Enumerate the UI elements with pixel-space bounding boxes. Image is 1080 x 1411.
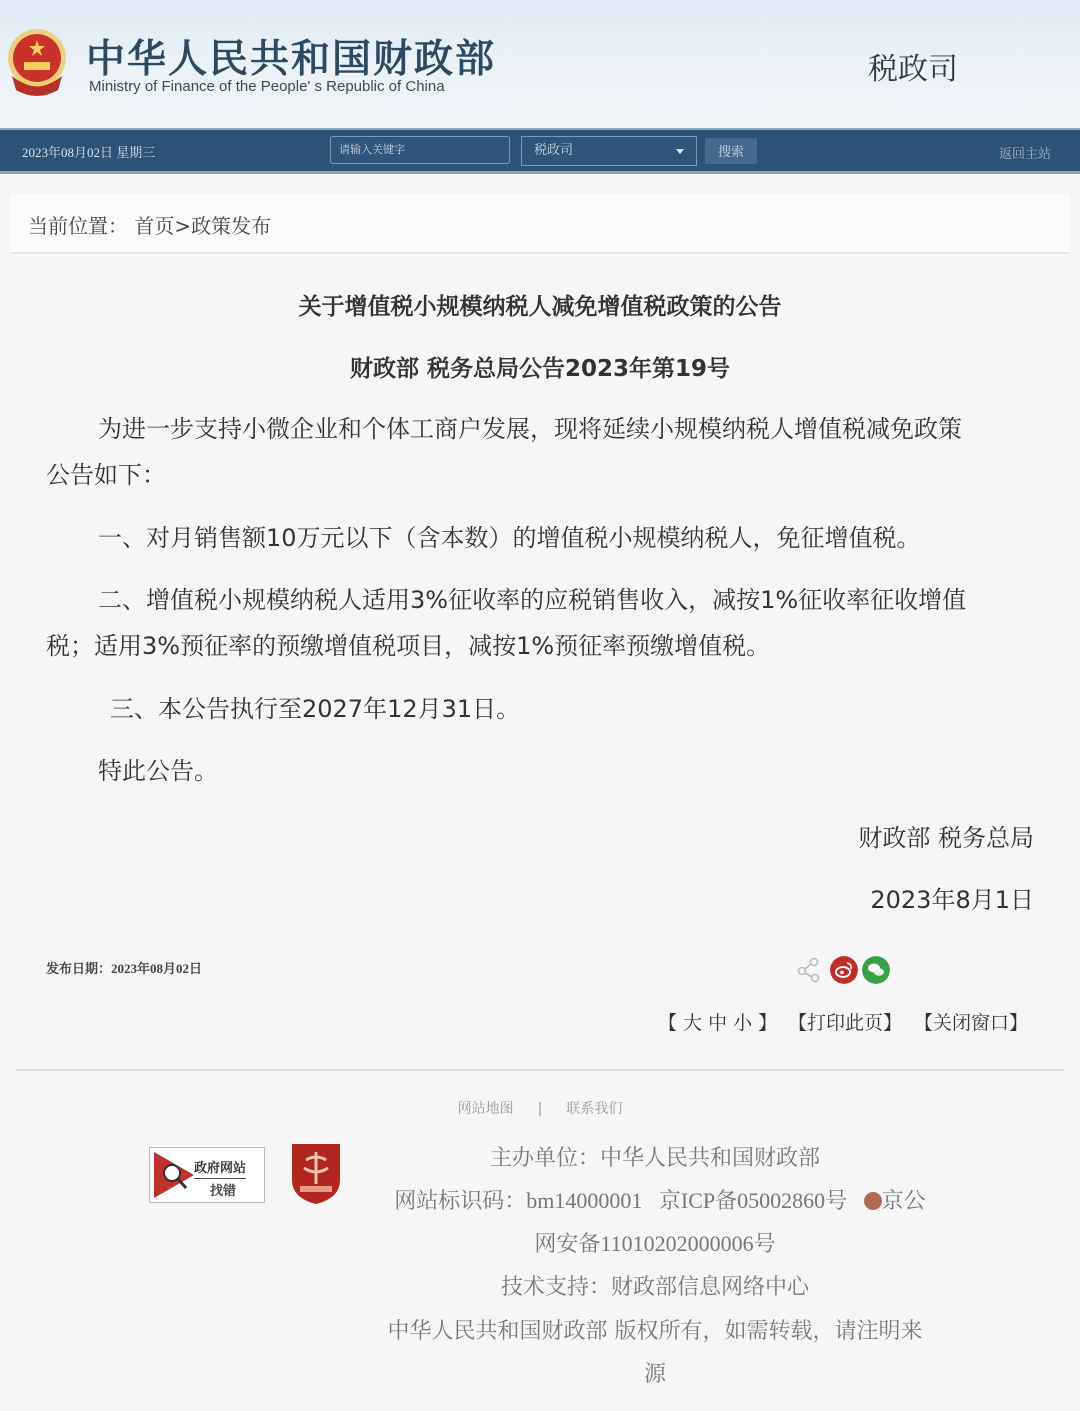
breadcrumb-separator: > (174, 214, 191, 238)
national-emblem-icon (4, 28, 70, 100)
footer-links: 网站地图|联系我们 (0, 1098, 1080, 1118)
article-intro: 为进一步支持小微企业和个体工商户发展，现将延续小规模纳税人增值税减免政策 公告如… (46, 406, 1036, 498)
wechat-icon[interactable] (862, 956, 890, 984)
site-title: 中华人民共和国财政部 (86, 28, 496, 84)
search-input[interactable] (330, 136, 510, 164)
footer-sponsor: 主办单位：中华人民共和国财政部 (330, 1141, 980, 1172)
contact-us-link[interactable]: 联系我们 (566, 1101, 622, 1117)
footer-copyright-line-2: 源 (330, 1357, 980, 1388)
article-closing: 特此公告。 (46, 748, 1036, 794)
footer-police-record[interactable]: 网安备11010202000006号 (330, 1227, 980, 1258)
section-select-value: 税政司 (534, 143, 573, 158)
footer-police-prefix: 京公 (882, 1188, 926, 1213)
publish-date: 发布日期：2023年08月02日 (46, 958, 202, 977)
current-date: 2023年08月02日 星期三 (22, 142, 155, 161)
article-subtitle: 财政部 税务总局公告2023年第19号 (0, 350, 1080, 383)
print-page-button[interactable]: 【打印此页】 (788, 1008, 902, 1035)
header-banner: 中华人民共和国财政部 Ministry of Finance of the Pe… (0, 0, 1080, 128)
intro-line-1: 为进一步支持小微企业和个体工商户发展，现将延续小规模纳税人增值税减免政策 (46, 406, 1036, 452)
article-item-3: 三、本公告执行至2027年12月31日。 (46, 686, 1036, 732)
footer-tech-support: 技术支持：财政部信息网络中心 (330, 1270, 980, 1301)
article-item-2: 二、增值税小规模纳税人适用3%征收率的应税销售收入，减按1%征收率征收增值 税；… (46, 577, 1036, 669)
share-icon[interactable] (796, 956, 822, 984)
article-item-1: 一、对月销售额10万元以下（含本数）的增值税小规模纳税人，免征增值税。 (46, 515, 1036, 561)
footer-icp-link[interactable]: 京ICP备05002860号 (659, 1188, 847, 1213)
magnifier-icon (154, 1152, 196, 1198)
sitemap-link[interactable]: 网站地图 (458, 1101, 514, 1117)
department-name: 税政司 (868, 44, 958, 88)
font-size-toggle[interactable]: 【 大 中 小 】 (658, 1008, 777, 1035)
weibo-icon[interactable] (830, 956, 858, 984)
section-select[interactable]: 税政司 (521, 136, 697, 166)
gov-site-error-report-badge[interactable]: 政府网站 找错 (149, 1147, 265, 1203)
breadcrumb-current-link[interactable]: 政策发布 (191, 214, 271, 238)
caret-down-icon (676, 149, 684, 154)
item2-line-1: 二、增值税小规模纳税人适用3%征收率的应税销售收入，减按1%征收率征收增值 (46, 577, 1036, 623)
navbar: 2023年08月02日 星期三 税政司 搜索 返回主站 (0, 128, 1080, 174)
badge-find-line-1: 政府网站 (194, 1157, 246, 1179)
breadcrumb-bar: 当前位置： 首页>政策发布 (10, 194, 1070, 254)
article-title: 关于增值税小规模纳税人减免增值税政策的公告 (0, 288, 1080, 321)
footer-site-code: 网站标识码：bm14000001 (394, 1188, 642, 1213)
site-subtitle-en: Ministry of Finance of the People' s Rep… (89, 78, 445, 95)
return-home-link[interactable]: 返回主站 (999, 143, 1051, 162)
breadcrumb: 当前位置： 首页>政策发布 (28, 210, 271, 239)
search-button[interactable]: 搜索 (705, 138, 757, 164)
intro-line-2: 公告如下： (46, 452, 1036, 498)
breadcrumb-home-link[interactable]: 首页 (134, 214, 174, 238)
footer-site-code-line: 网站标识码：bm14000001 京ICP备05002860号 京公 (360, 1184, 960, 1215)
footer-copyright-line-1: 中华人民共和国财政部 版权所有，如需转载，请注明来 (340, 1314, 970, 1345)
breadcrumb-label: 当前位置： (28, 214, 128, 238)
footer-link-separator: | (538, 1101, 543, 1117)
item2-line-2: 税；适用3%预征率的预缴增值税项目，减按1%预征率预缴增值税。 (46, 623, 1036, 669)
badge-find-line-2: 找错 (210, 1180, 236, 1199)
close-window-button[interactable]: 【关闭窗口】 (914, 1008, 1028, 1035)
police-badge-icon (864, 1192, 882, 1210)
article-sign-date: 2023年8月1日 (870, 880, 1034, 915)
footer-divider (16, 1069, 1064, 1071)
article-signatory: 财政部 税务总局 (858, 818, 1034, 853)
